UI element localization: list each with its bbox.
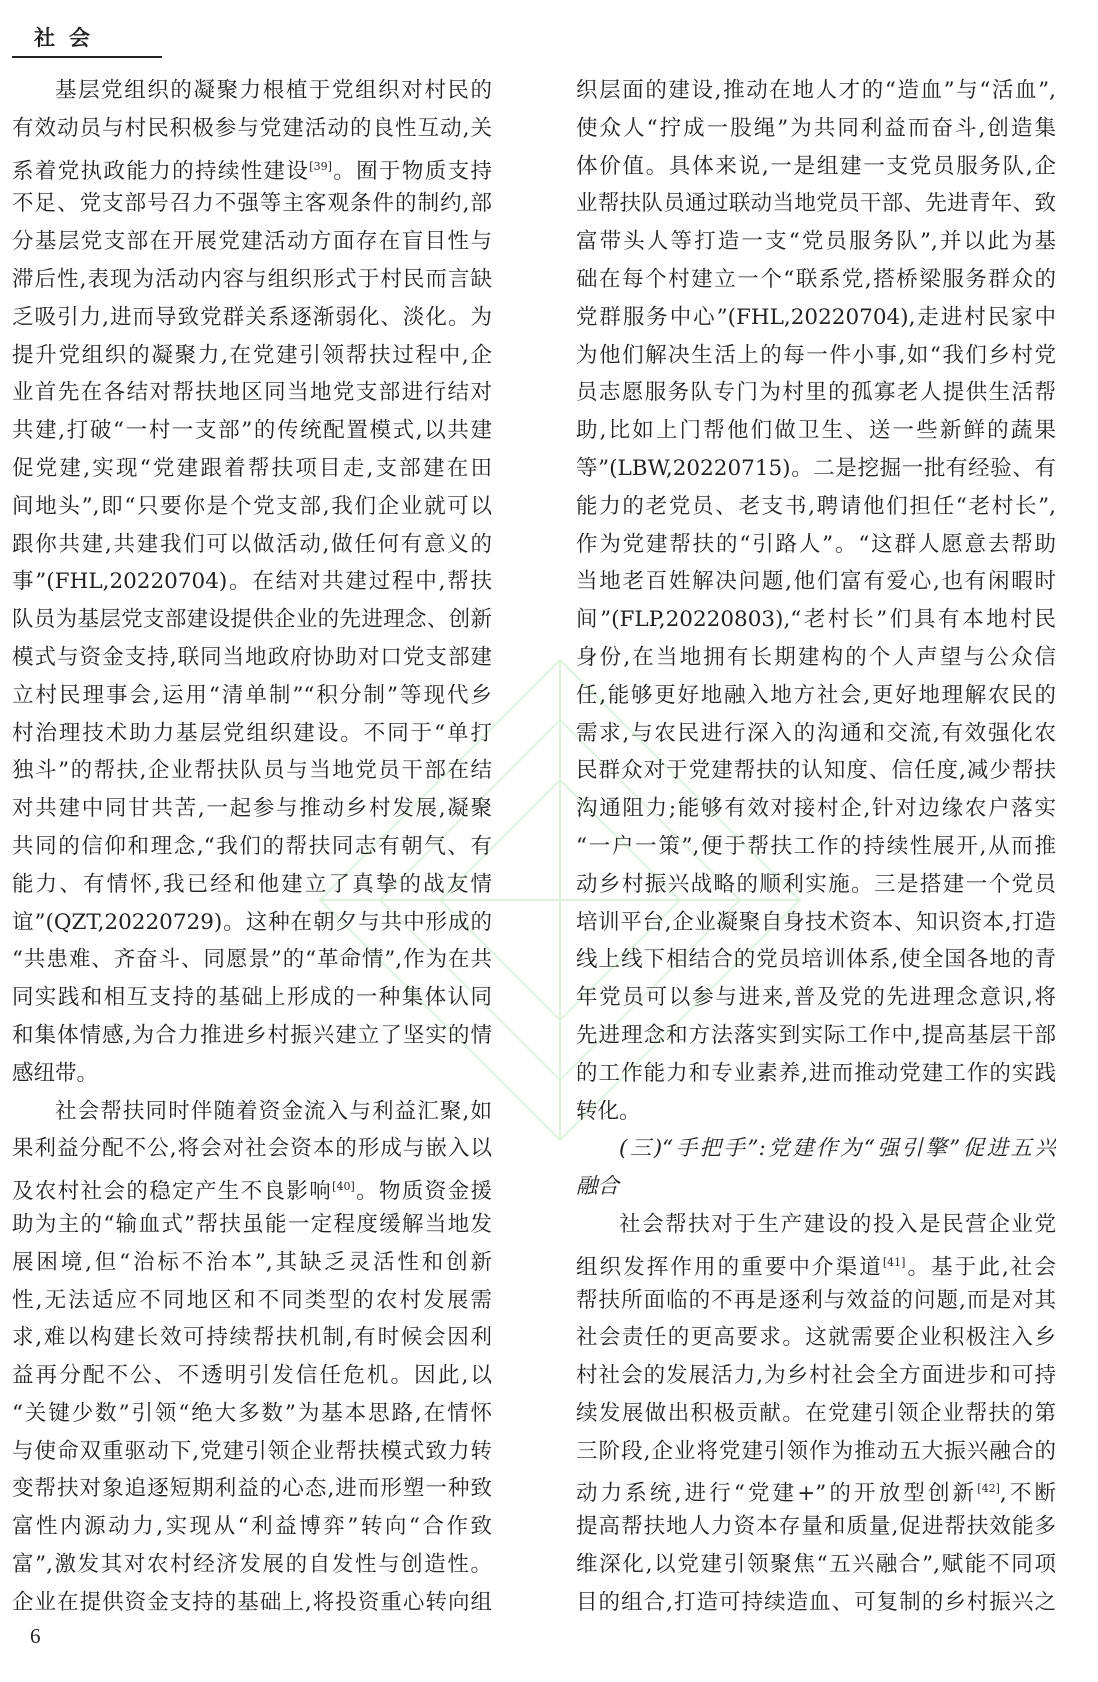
text-line: “共患难、齐奋斗、同愿景”的“革命情”,作为在共: [12, 941, 492, 979]
text-line: 业帮扶队员通过联动当地党员干部、先进青年、致: [576, 185, 1056, 223]
text-line: 队员为基层党支部建设提供企业的先进理念、创新: [12, 601, 492, 639]
text-line: 变帮扶对象追逐短期利益的心态,进而形塑一种致: [12, 1470, 492, 1508]
text-line: 独斗”的帮扶,企业帮扶队员与当地党员干部在结: [12, 752, 492, 790]
text-line: 滞后性,表现为活动内容与组织形式于村民而言缺: [12, 261, 492, 299]
text-line: 事”(FHL,20220704)。在结对共建过程中,帮扶: [12, 563, 492, 601]
text-line: 及农村社会的稳定产生不良影响[40]。物质资金援: [12, 1168, 492, 1206]
text-line: 任,能够更好地融入地方社会,更好地理解农民的: [576, 677, 1056, 715]
text-line: 果利益分配不公,将会对社会资本的形成与嵌入以: [12, 1130, 492, 1168]
text-line: 助为主的“输血式”帮扶虽能一定程度缓解当地发: [12, 1206, 492, 1244]
text-line: 体价值。具体来说,一是组建一支党员服务队,企: [576, 148, 1056, 186]
text-line: 织层面的建设,推动在地人才的“造血”与“活血”,: [576, 72, 1056, 110]
page-number: 6: [30, 1624, 41, 1649]
citation-ref: [42]: [977, 1482, 1000, 1495]
text-line: 乏吸引力,进而导致党群关系逐渐弱化、淡化。为: [12, 299, 492, 337]
text-line: 感纽带。: [12, 1055, 492, 1093]
text-line: 党群服务中心”(FHL,20220704),走进村民家中: [576, 299, 1056, 337]
section-heading-line: 融合: [576, 1168, 1056, 1206]
citation-ref: [40]: [332, 1180, 355, 1193]
text-line: 使众人“拧成一股绳”为共同利益而奋斗,创造集: [576, 110, 1056, 148]
text-line: 富”,激发其对农村经济发展的自发性与创造性。: [12, 1546, 492, 1584]
text-line: 先进理念和方法落实到实际工作中,提高基层干部: [576, 1017, 1056, 1055]
text-line: 有效动员与村民积极参与党建活动的良性互动,关: [12, 110, 492, 148]
text-line: 民群众对于党建帮扶的认知度、信任度,减少帮扶: [576, 752, 1056, 790]
text-line: 当地老百姓解决问题,他们富有爱心,也有闲暇时: [576, 563, 1056, 601]
text-line: 为他们解决生活上的每一件小事,如“我们乡村党: [576, 337, 1056, 375]
text-line: 需求,与农民进行深入的沟通和交流,有效强化农: [576, 715, 1056, 753]
text-line: 员志愿服务队专门为村里的孤寡老人提供生活帮: [576, 374, 1056, 412]
right-column: 织层面的建设,推动在地人才的“造血”与“活血”,使众人“拧成一股绳”为共同利益而…: [576, 72, 1056, 1622]
text-line: 能力的老党员、老支书,聘请他们担任“老村长”,: [576, 488, 1056, 526]
text-line: 三阶段,企业将党建引领作为推动五大振兴融合的: [576, 1433, 1056, 1471]
left-column: 基层党组织的凝聚力根植于党组织对村民的有效动员与村民积极参与党建活动的良性互动,…: [12, 72, 492, 1622]
text-line: 助,比如上门帮他们做卫生、送一些新鲜的蔬果: [576, 412, 1056, 450]
text-line: 富带头人等打造一支“党员服务队”,并以此为基: [576, 223, 1056, 261]
text-line: 促党建,实现“党建跟着帮扶项目走,支部建在田: [12, 450, 492, 488]
citation-ref: [41]: [883, 1256, 906, 1269]
text-line: 社会责任的更高要求。这就需要企业积极注入乡: [576, 1319, 1056, 1357]
text-line: “关键少数”引领“绝大多数”为基本思路,在情怀: [12, 1395, 492, 1433]
text-line: 益再分配不公、不透明引发信任危机。因此,以: [12, 1357, 492, 1395]
text-line: 立村民理事会,运用“清单制”“积分制”等现代乡: [12, 677, 492, 715]
text-line: 系着党执政能力的持续性建设[39]。囿于物质支持: [12, 148, 492, 186]
section-heading-line: (三)“手把手”:党建作为“强引擎”促进五兴: [576, 1130, 1056, 1168]
text-line: 谊”(QZT,20220729)。这种在朝夕与共中形成的: [12, 904, 492, 942]
text-line: 求,难以构建长效可持续帮扶机制,有时候会因利: [12, 1319, 492, 1357]
text-line: 企业在提供资金支持的基础上,将投资重心转向组: [12, 1584, 492, 1622]
text-line: 社会帮扶同时伴随着资金流入与利益汇聚,如: [12, 1093, 492, 1131]
text-line: 间”(FLP,20220803),“老村长”们具有本地村民: [576, 601, 1056, 639]
text-line: 分基层党支部在开展党建活动方面存在盲目性与: [12, 223, 492, 261]
text-line: 提升党组织的凝聚力,在党建引领帮扶过程中,企: [12, 337, 492, 375]
text-line: 性,无法适应不同地区和不同类型的农村发展需: [12, 1282, 492, 1320]
text-line: 目的组合,打造可持续造血、可复制的乡村振兴之: [576, 1584, 1056, 1622]
text-line: 沟通阻力;能够有效对接村企,针对边缘农户落实: [576, 790, 1056, 828]
text-line: 培训平台,企业凝聚自身技术资本、知识资本,打造: [576, 904, 1056, 942]
text-line: 村社会的发展活力,为乡村社会全方面进步和可持: [576, 1357, 1056, 1395]
text-line: 富性内源动力,实现从“利益博弈”转向“合作致: [12, 1508, 492, 1546]
text-line: 共建,打破“一村一支部”的传统配置模式,以共建: [12, 412, 492, 450]
text-line: 模式与资金支持,联同当地政府协助对口党支部建: [12, 639, 492, 677]
text-line: 维深化,以党建引领聚焦“五兴融合”,赋能不同项: [576, 1546, 1056, 1584]
text-line: 不足、党支部号召力不强等主客观条件的制约,部: [12, 185, 492, 223]
section-title: 社会: [12, 26, 104, 50]
text-line: 社会帮扶对于生产建设的投入是民营企业党: [576, 1206, 1056, 1244]
text-line: 础在每个村建立一个“联系党,搭桥梁服务群众的: [576, 261, 1056, 299]
text-line: 等”(LBW,20220715)。二是挖掘一批有经验、有: [576, 450, 1056, 488]
text-line: 业首先在各结对帮扶地区同当地党支部进行结对: [12, 374, 492, 412]
text-line: 间地头”,即“只要你是个党支部,我们企业就可以: [12, 488, 492, 526]
text-line: 展困境,但“治标不治本”,其缺乏灵活性和创新: [12, 1244, 492, 1282]
text-line: 转化。: [576, 1093, 1056, 1131]
text-line: 帮扶所面临的不再是逐利与效益的问题,而是对其: [576, 1282, 1056, 1320]
text-line: 线上线下相结合的党员培训体系,使全国各地的青: [576, 941, 1056, 979]
text-line: 村治理技术助力基层党组织建设。不同于“单打: [12, 715, 492, 753]
text-line: 提高帮扶地人力资本存量和质量,促进帮扶效能多: [576, 1508, 1056, 1546]
text-line: 对共建中同甘共苦,一起参与推动乡村发展,凝聚: [12, 790, 492, 828]
text-line: “一户一策”,便于帮扶工作的持续性展开,从而推: [576, 828, 1056, 866]
text-line: 与使命双重驱动下,党建引领企业帮扶模式致力转: [12, 1433, 492, 1471]
text-line: 跟你共建,共建我们可以做活动,做任何有意义的: [12, 526, 492, 564]
text-line: 动乡村振兴战略的顺利实施。三是搭建一个党员: [576, 866, 1056, 904]
text-line: 年党员可以参与进来,普及党的先进理念意识,将: [576, 979, 1056, 1017]
section-header: 社会: [12, 22, 162, 58]
text-line: 组织发挥作用的重要中介渠道[41]。基于此,社会: [576, 1244, 1056, 1282]
text-line: 续发展做出积极贡献。在党建引领企业帮扶的第: [576, 1395, 1056, 1433]
text-line: 动力系统,进行“党建+”的开放型创新[42],不断: [576, 1470, 1056, 1508]
text-line: 能力、有情怀,我已经和他建立了真挚的战友情: [12, 866, 492, 904]
text-line: 身份,在当地拥有长期建构的个人声望与公众信: [576, 639, 1056, 677]
text-line: 的工作能力和专业素养,进而推动党建工作的实践: [576, 1055, 1056, 1093]
text-line: 作为党建帮扶的“引路人”。“这群人愿意去帮助: [576, 526, 1056, 564]
text-line: 同实践和相互支持的基础上形成的一种集体认同: [12, 979, 492, 1017]
text-line: 基层党组织的凝聚力根植于党组织对村民的: [12, 72, 492, 110]
text-line: 共同的信仰和理念,“我们的帮扶同志有朝气、有: [12, 828, 492, 866]
citation-ref: [39]: [309, 160, 332, 173]
text-line: 和集体情感,为合力推进乡村振兴建立了坚实的情: [12, 1017, 492, 1055]
